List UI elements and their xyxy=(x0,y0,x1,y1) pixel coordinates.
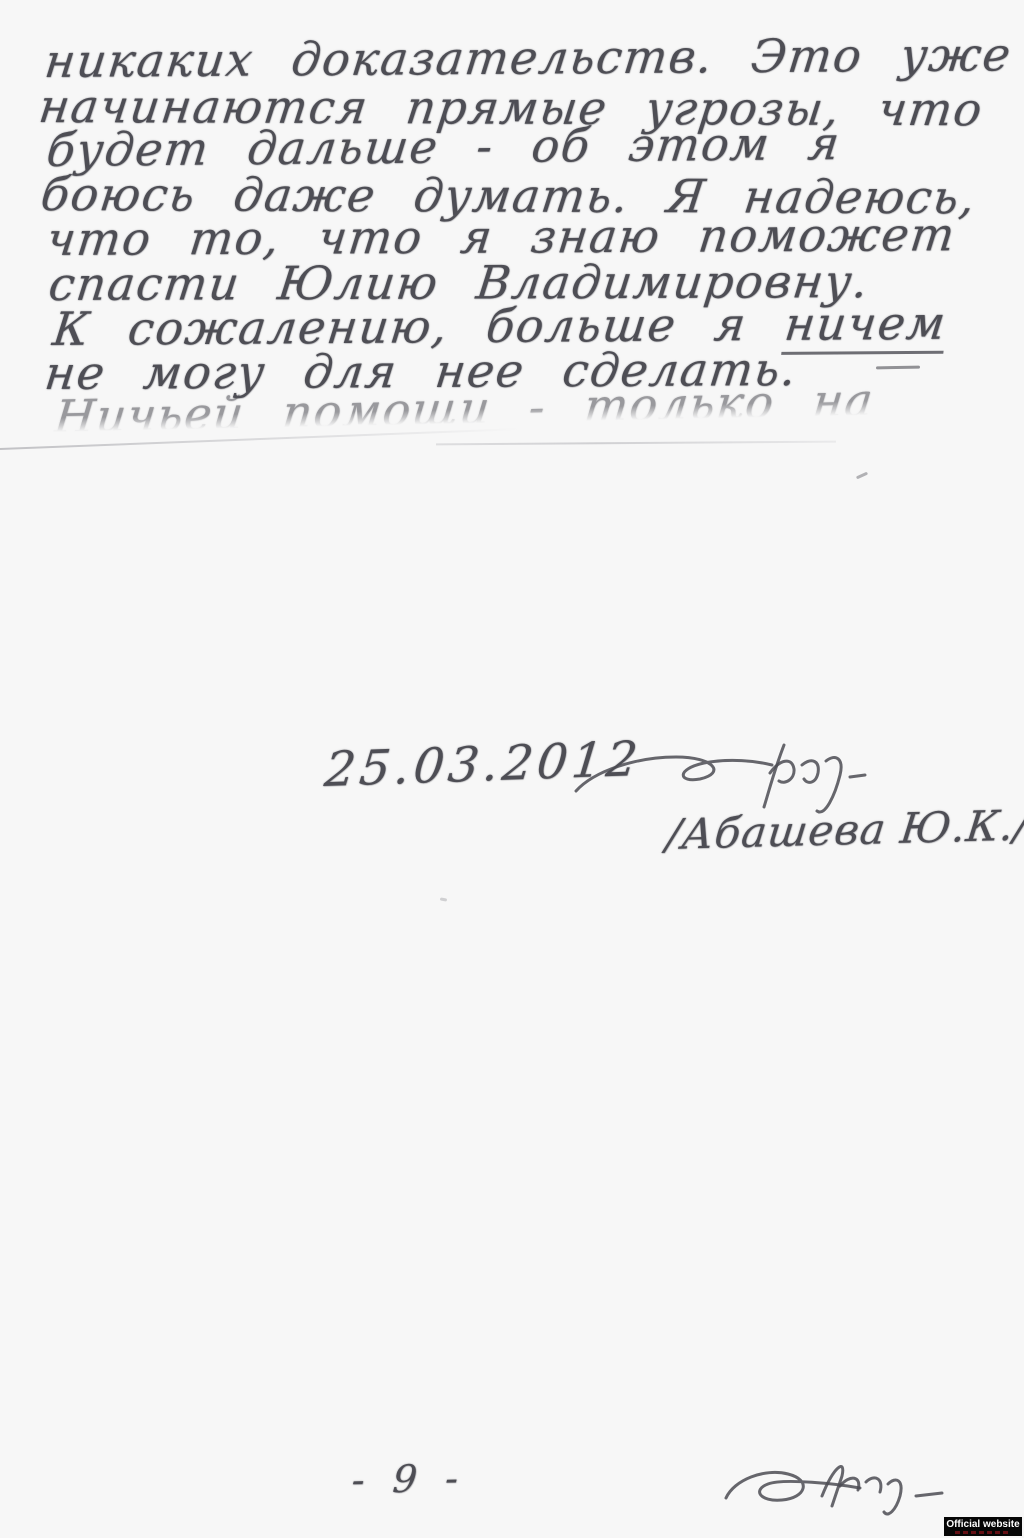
underlined-word: ничем xyxy=(781,296,949,355)
double-underline-dash xyxy=(876,366,920,370)
ink-speck xyxy=(856,472,868,480)
page-number: - 9 - xyxy=(350,1456,468,1502)
faint-scan-line xyxy=(436,441,836,446)
watermark-label: Official website xyxy=(946,1520,1019,1530)
scanned-letter-page: никаких доказательств. Это уже начинаютс… xyxy=(0,0,1024,1538)
handwritten-name: /Абашева Ю.К./ xyxy=(664,801,1024,859)
ink-speck xyxy=(440,897,447,901)
watermark-red-accent xyxy=(955,1531,1011,1534)
handwritten-signature-flourish-icon xyxy=(718,1448,968,1528)
official-website-watermark: Official website xyxy=(944,1517,1022,1536)
